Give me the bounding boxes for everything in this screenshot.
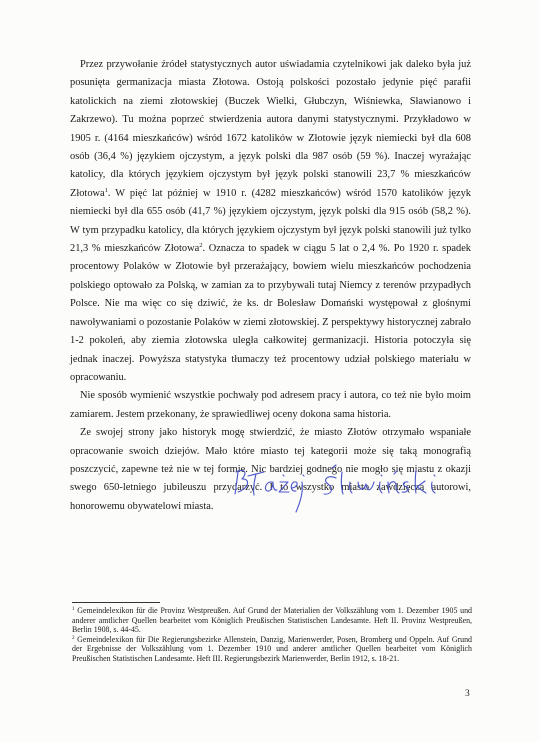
paragraph-2: Nie sposób wymienić wszystkie pochwały p… [70, 387, 471, 424]
page-number: 3 [465, 689, 470, 699]
paragraph-1: Przez przywołanie źródeł statystycznych … [70, 56, 471, 387]
body-text: Przez przywołanie źródeł statystycznych … [70, 56, 471, 516]
document-page: Przez przywołanie źródeł statystycznych … [0, 0, 540, 742]
handwritten-signature [232, 462, 492, 524]
footnote-divider [72, 602, 160, 603]
footnotes: 1 Gemeindelexikon für die Provinz Westpr… [72, 606, 472, 664]
footnote-2: 2 Gemeindelexikon für Die Regierungsbezi… [72, 635, 472, 664]
footnote-1: 1 Gemeindelexikon für die Provinz Westpr… [72, 606, 472, 635]
